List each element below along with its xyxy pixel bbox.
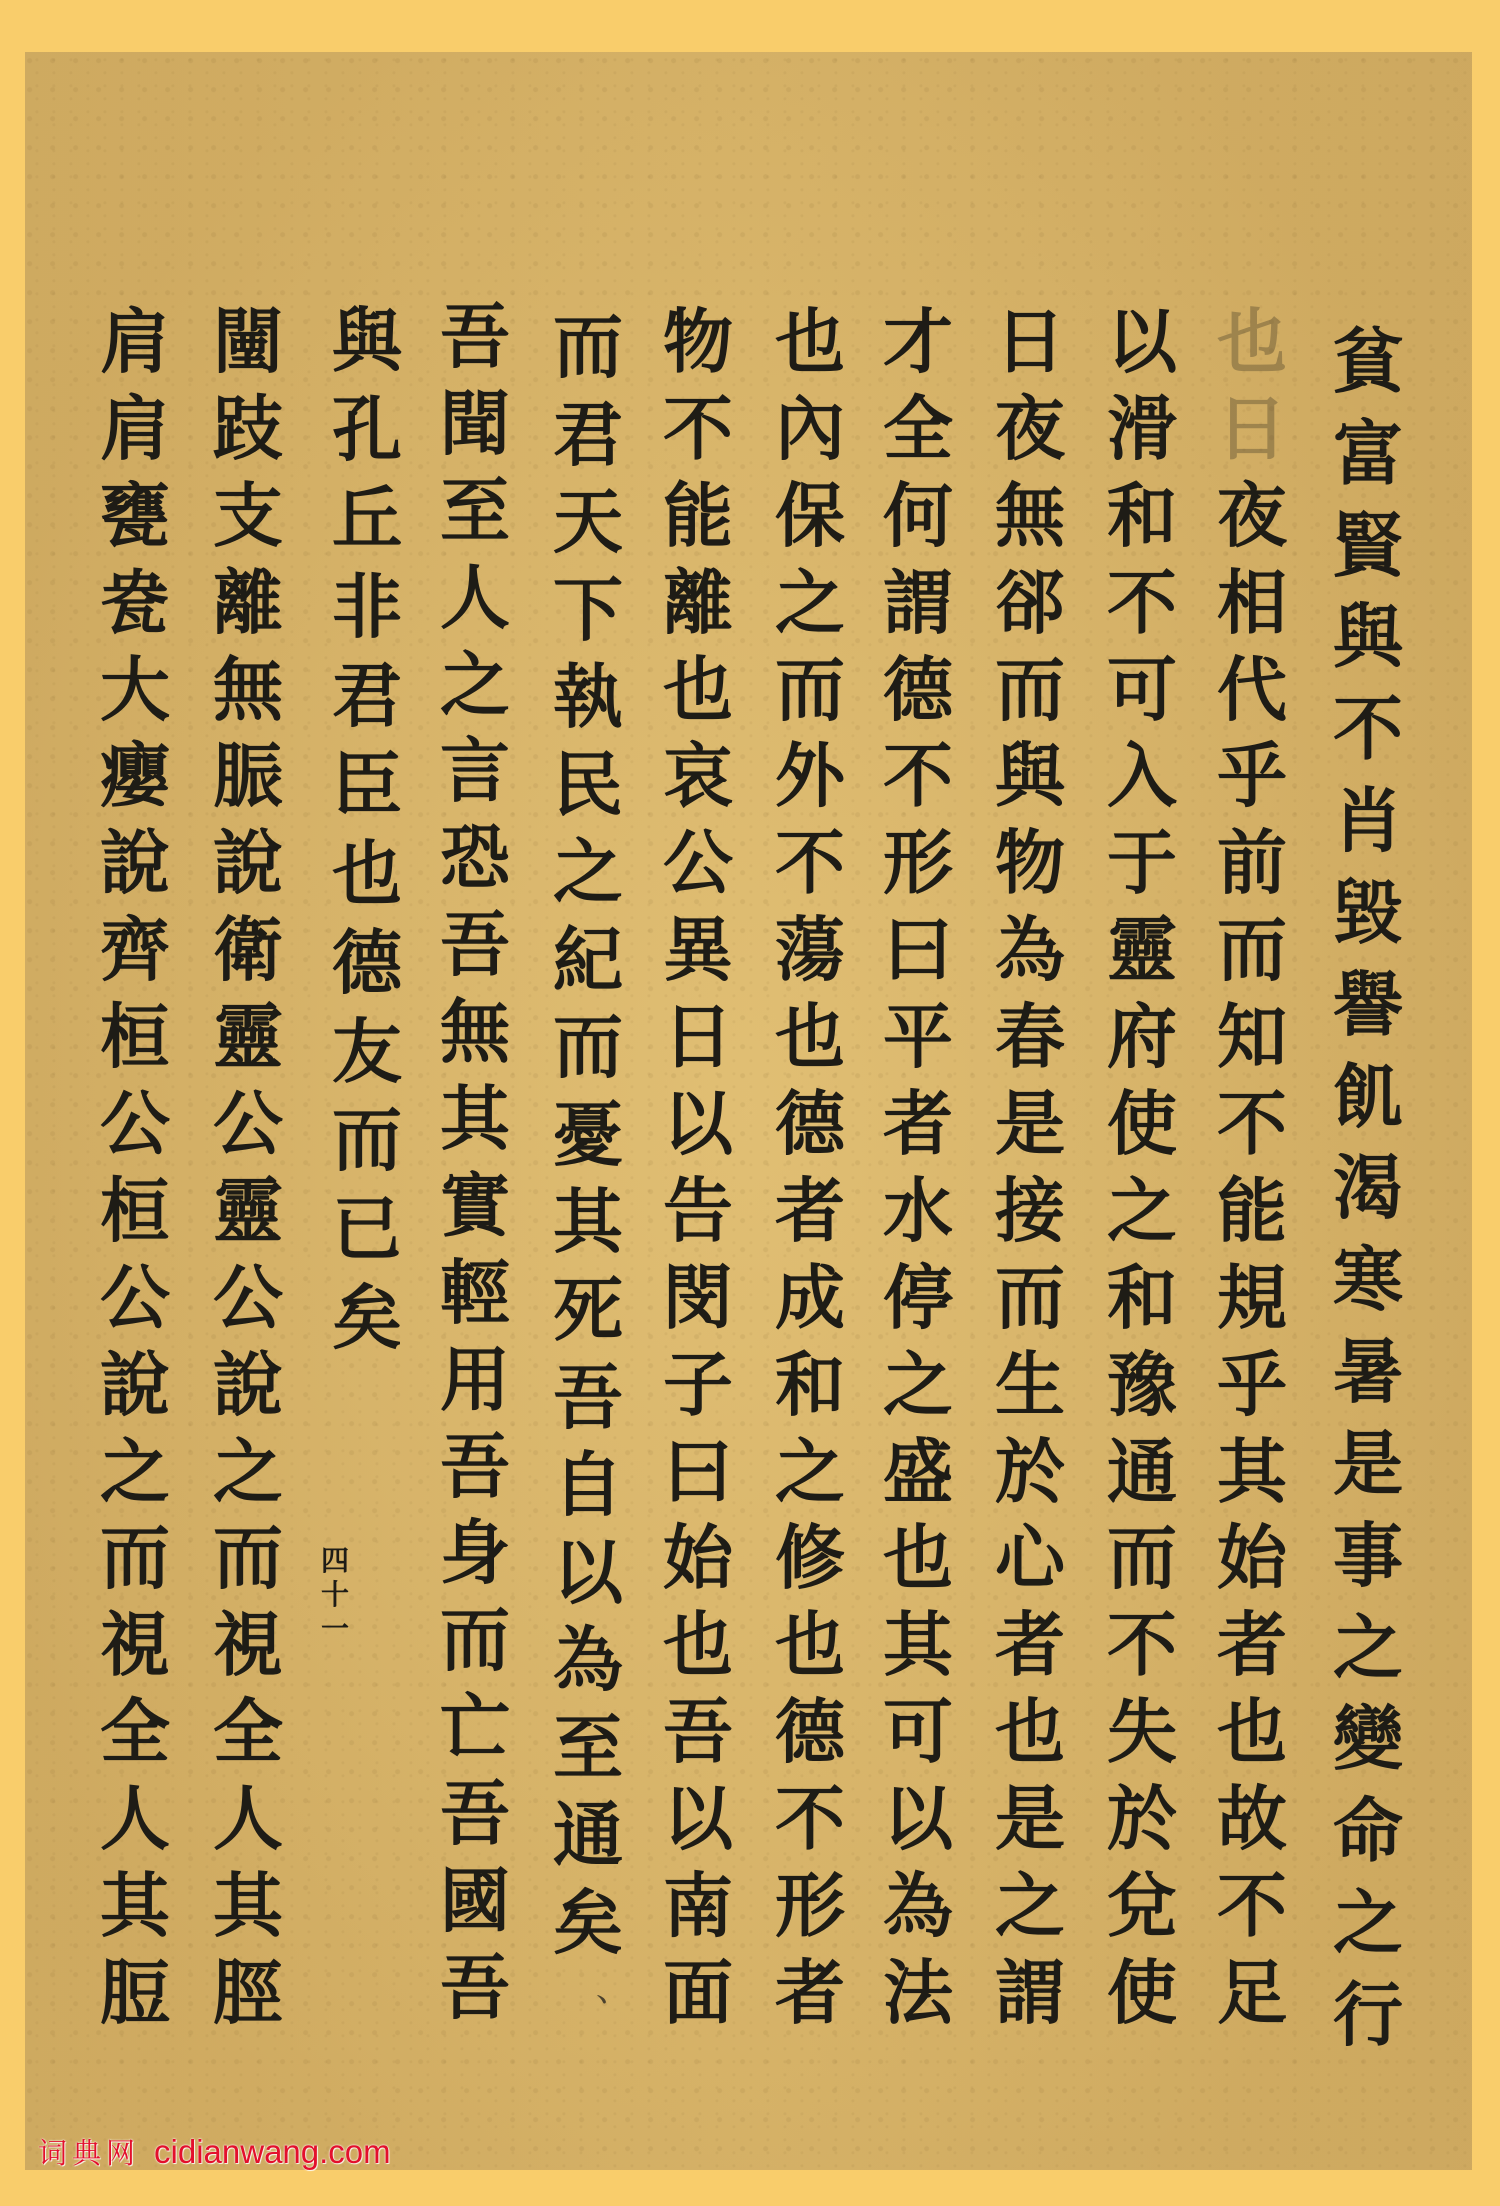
text-column-7: 物不能離也哀公異日以告閔子曰始也吾以南面 <box>653 305 743 2030</box>
glyph: 之 <box>985 1869 1075 1943</box>
glyph: 以 <box>873 1782 963 1856</box>
glyph: 賢 <box>1323 509 1413 583</box>
glyph: 而 <box>322 1103 412 1177</box>
glyph: 始 <box>1207 1521 1297 1595</box>
glyph: 公 <box>90 1261 180 1335</box>
glyph: 靈 <box>203 1174 293 1248</box>
glyph: 輕 <box>430 1256 520 1330</box>
glyph: 全 <box>203 1695 293 1769</box>
glyph: 不 <box>1323 692 1413 766</box>
glyph: 德 <box>765 1087 855 1161</box>
glyph: 以 <box>543 1536 633 1610</box>
text-column-11: 闉跂支離無脤說衛靈公靈公說之而視全人其脛 <box>203 305 293 2030</box>
glyph: 者 <box>765 1174 855 1248</box>
glyph: 視 <box>203 1608 293 1682</box>
glyph: 身 <box>430 1516 520 1590</box>
glyph: 不 <box>765 1782 855 1856</box>
glyph: 入 <box>1097 739 1187 813</box>
glyph: 之 <box>203 1435 293 1509</box>
glyph: 而 <box>543 1010 633 1084</box>
glyph: 與 <box>1323 600 1413 674</box>
glyph: 而 <box>430 1603 520 1677</box>
glyph: 而 <box>765 653 855 727</box>
glyph: 其 <box>90 1869 180 1943</box>
glyph: 物 <box>985 826 1075 900</box>
glyph: 水 <box>873 1174 963 1248</box>
glyph: 脛 <box>203 1956 293 2030</box>
glyph: 者 <box>765 1956 855 2030</box>
glyph: 執 <box>543 660 633 734</box>
glyph: 吾 <box>430 300 520 374</box>
text-column-5: 才全何謂德不形曰平者水停之盛也其可以為法 <box>873 305 963 2030</box>
glyph: 不 <box>1207 1087 1297 1161</box>
glyph: 而 <box>90 1521 180 1595</box>
glyph: 貧 <box>1323 325 1413 399</box>
glyph: 使 <box>1097 1087 1187 1161</box>
glyph: 而 <box>203 1521 293 1595</box>
glyph: 蕩 <box>765 913 855 987</box>
glyph: 吾 <box>430 1430 520 1504</box>
glyph: 下 <box>543 573 633 647</box>
glyph: 吾 <box>430 1777 520 1851</box>
glyph: 亡 <box>430 1690 520 1764</box>
glyph: 之 <box>1323 1886 1413 1960</box>
glyph: 大 <box>90 653 180 727</box>
glyph: 之 <box>430 648 520 722</box>
glyph: 物 <box>653 305 743 379</box>
glyph: 臣 <box>322 748 412 822</box>
glyph: 也 <box>1207 305 1297 379</box>
glyph: 以 <box>653 1782 743 1856</box>
glyph: 何 <box>873 479 963 553</box>
glyph: 兌 <box>1097 1869 1187 1943</box>
glyph: 君 <box>543 398 633 472</box>
glyph: 子 <box>653 1348 743 1422</box>
glyph: 寒 <box>1323 1243 1413 1317</box>
glyph: 府 <box>1097 1000 1187 1074</box>
glyph: 憂 <box>543 1098 633 1172</box>
glyph: 曰 <box>873 913 963 987</box>
text-column-6: 也內保之而外不蕩也德者成和之修也德不形者 <box>765 305 855 2030</box>
page-number: 四十一 <box>313 1546 357 1644</box>
glyph: 友 <box>322 1015 412 1089</box>
glyph: 前 <box>1207 826 1297 900</box>
glyph: 郤 <box>985 566 1075 640</box>
glyph: 吾 <box>430 908 520 982</box>
glyph: 四 <box>321 1546 349 1576</box>
glyph: 至 <box>543 1711 633 1785</box>
glyph: 吾 <box>430 1951 520 2025</box>
glyph: 公 <box>203 1087 293 1161</box>
glyph: 事 <box>1323 1519 1413 1593</box>
glyph: 通 <box>543 1798 633 1872</box>
glyph: 一 <box>321 1614 349 1644</box>
glyph: 之 <box>1323 1611 1413 1685</box>
glyph: 離 <box>653 566 743 640</box>
glyph: 也 <box>653 653 743 727</box>
glyph: 人 <box>203 1782 293 1856</box>
glyph: 乎 <box>1207 739 1297 813</box>
glyph: 暑 <box>1323 1335 1413 1409</box>
scanned-page: 貧富賢與不肖毀譽飢渴寒暑是事之變命之行 也日夜相代乎前而知不能規乎其始者也故不足… <box>0 0 1500 2206</box>
glyph: 而 <box>1207 913 1297 987</box>
watermark-site-name: 词典网 <box>38 2136 140 2170</box>
glyph: 成 <box>765 1261 855 1335</box>
glyph: 衛 <box>203 913 293 987</box>
glyph: 也 <box>765 1000 855 1074</box>
glyph: 可 <box>1097 653 1187 727</box>
glyph: 相 <box>1207 566 1297 640</box>
glyph: 之 <box>873 1348 963 1422</box>
glyph: 渴 <box>1323 1151 1413 1225</box>
glyph: 能 <box>1207 1174 1297 1248</box>
glyph: 保 <box>765 479 855 553</box>
glyph: 不 <box>1097 1608 1187 1682</box>
glyph: 靈 <box>203 1000 293 1074</box>
glyph: 其 <box>1207 1435 1297 1509</box>
glyph: 吾 <box>653 1695 743 1769</box>
glyph: 也 <box>1207 1695 1297 1769</box>
glyph: 飢 <box>1323 1060 1413 1134</box>
glyph: 毀 <box>1323 876 1413 950</box>
glyph: 以 <box>653 1087 743 1161</box>
glyph: 曰 <box>653 1435 743 1509</box>
text-column-3: 以滑和不可入于靈府使之和豫通而不失於兌使 <box>1097 305 1187 2030</box>
glyph: 為 <box>985 913 1075 987</box>
glyph: 也 <box>653 1608 743 1682</box>
glyph: 齊 <box>90 913 180 987</box>
glyph: 于 <box>1097 826 1187 900</box>
glyph: 是 <box>985 1782 1075 1856</box>
glyph: 不 <box>765 826 855 900</box>
glyph: 說 <box>90 826 180 900</box>
glyph: 不 <box>653 392 743 466</box>
glyph: 也 <box>873 1521 963 1595</box>
glyph: 其 <box>873 1608 963 1682</box>
glyph: 實 <box>430 1169 520 1243</box>
glyph: 人 <box>90 1782 180 1856</box>
glyph: 接 <box>985 1174 1075 1248</box>
glyph: 始 <box>653 1521 743 1595</box>
glyph: 矣 <box>322 1281 412 1355</box>
glyph: 人 <box>430 561 520 635</box>
glyph: 而 <box>985 653 1075 727</box>
glyph: 足 <box>1207 1956 1297 2030</box>
glyph: 異 <box>653 913 743 987</box>
glyph: 離 <box>203 566 293 640</box>
glyph: 靈 <box>1097 913 1187 987</box>
glyph: 和 <box>1097 1261 1187 1335</box>
glyph: 形 <box>873 826 963 900</box>
glyph: 矣 <box>543 1886 633 1960</box>
glyph: 肩 <box>90 392 180 466</box>
glyph: 謂 <box>985 1956 1075 2030</box>
glyph: 跂 <box>203 392 293 466</box>
glyph: 也 <box>765 1608 855 1682</box>
glyph: 德 <box>765 1695 855 1769</box>
glyph: 規 <box>1207 1261 1297 1335</box>
punctuation-mark: 、 <box>596 1962 630 2011</box>
glyph: 於 <box>1097 1782 1187 1856</box>
text-column-1: 貧富賢與不肖毀譽飢渴寒暑是事之變命之行 <box>1323 325 1413 2052</box>
glyph: 盛 <box>873 1435 963 1509</box>
glyph: 其 <box>203 1869 293 1943</box>
text-column-4: 日夜無郤而與物為春是接而生於心者也是之謂 <box>985 305 1075 2030</box>
glyph: 之 <box>1097 1174 1187 1248</box>
glyph: 內 <box>765 392 855 466</box>
glyph: 之 <box>543 835 633 909</box>
text-column-12: 肩肩甕㼜大癭說齊桓公桓公說之而視全人其脰 <box>90 305 180 2030</box>
glyph: 停 <box>873 1261 963 1335</box>
glyph: 桓 <box>90 1000 180 1074</box>
glyph: 國 <box>430 1864 520 1938</box>
glyph: 天 <box>543 485 633 559</box>
glyph: 閔 <box>653 1261 743 1335</box>
glyph: 告 <box>653 1174 743 1248</box>
glyph: 者 <box>873 1087 963 1161</box>
glyph: 至 <box>430 474 520 548</box>
glyph: 德 <box>322 926 412 1000</box>
glyph: 和 <box>1097 479 1187 553</box>
glyph: 也 <box>985 1695 1075 1769</box>
glyph: 脰 <box>90 1956 180 2030</box>
glyph: 支 <box>203 479 293 553</box>
glyph: 南 <box>653 1869 743 1943</box>
glyph: 君 <box>322 659 412 733</box>
text-column-2: 也日夜相代乎前而知不能規乎其始者也故不足 <box>1207 305 1297 2030</box>
glyph: 失 <box>1097 1695 1187 1769</box>
glyph: 是 <box>1323 1427 1413 1501</box>
glyph: 肖 <box>1323 784 1413 858</box>
glyph: 譽 <box>1323 968 1413 1042</box>
glyph: 形 <box>765 1869 855 1943</box>
glyph: 民 <box>543 748 633 822</box>
glyph: 乎 <box>1207 1348 1297 1422</box>
glyph: 說 <box>90 1348 180 1422</box>
glyph: 外 <box>765 739 855 813</box>
glyph: 命 <box>1323 1794 1413 1868</box>
glyph: 為 <box>543 1623 633 1697</box>
glyph: 聞 <box>430 387 520 461</box>
glyph: 夜 <box>1207 479 1297 553</box>
glyph: 吾 <box>543 1361 633 1435</box>
glyph: 之 <box>765 566 855 640</box>
glyph: 視 <box>90 1608 180 1682</box>
glyph: 行 <box>1323 1978 1413 2052</box>
glyph: 自 <box>543 1448 633 1522</box>
glyph: 全 <box>90 1695 180 1769</box>
glyph: 不 <box>1097 566 1187 640</box>
glyph: 脤 <box>203 739 293 813</box>
glyph: 與 <box>322 304 412 378</box>
glyph: 變 <box>1323 1702 1413 1776</box>
glyph: 甕 <box>90 479 180 553</box>
glyph: 哀 <box>653 739 743 813</box>
glyph: 平 <box>873 1000 963 1074</box>
glyph: 不 <box>873 739 963 813</box>
glyph: 癭 <box>90 739 180 813</box>
glyph: 能 <box>653 479 743 553</box>
glyph: 與 <box>985 739 1075 813</box>
glyph: 使 <box>1097 1956 1187 2030</box>
glyph: 公 <box>203 1261 293 1335</box>
text-column-9: 吾聞至人之言恐吾無其實輕用吾身而亡吾國吾 <box>430 300 520 2025</box>
glyph: 滑 <box>1097 392 1187 466</box>
glyph: 用 <box>430 1343 520 1417</box>
glyph: 德 <box>873 653 963 727</box>
glyph: 非 <box>322 570 412 644</box>
glyph: 知 <box>1207 1000 1297 1074</box>
glyph: 言 <box>430 734 520 808</box>
glyph: 之 <box>765 1435 855 1509</box>
glyph: 肩 <box>90 305 180 379</box>
glyph: 已 <box>322 1192 412 1266</box>
glyph: 面 <box>653 1956 743 2030</box>
text-column-8: 而君天下執民之紀而憂其死吾自以為至通矣 <box>543 310 633 1960</box>
glyph: 春 <box>985 1000 1075 1074</box>
glyph: 以 <box>1097 305 1187 379</box>
glyph: 才 <box>873 305 963 379</box>
glyph: 恐 <box>430 821 520 895</box>
glyph: 說 <box>203 826 293 900</box>
glyph: 和 <box>765 1348 855 1422</box>
glyph: 謂 <box>873 566 963 640</box>
glyph: 闉 <box>203 305 293 379</box>
glyph: 丘 <box>322 482 412 556</box>
glyph: 其 <box>430 1082 520 1156</box>
glyph: 說 <box>203 1348 293 1422</box>
glyph: 也 <box>322 837 412 911</box>
glyph: 日 <box>1207 392 1297 466</box>
glyph: 日 <box>653 1000 743 1074</box>
glyph: 無 <box>203 653 293 727</box>
glyph: 者 <box>985 1608 1075 1682</box>
glyph: 心 <box>985 1521 1075 1595</box>
glyph: 於 <box>985 1435 1075 1509</box>
glyph: 而 <box>985 1261 1075 1335</box>
glyph: 而 <box>1097 1521 1187 1595</box>
glyph: 修 <box>765 1521 855 1595</box>
glyph: 其 <box>543 1185 633 1259</box>
glyph: 全 <box>873 392 963 466</box>
glyph: 富 <box>1323 417 1413 491</box>
glyph: 公 <box>90 1087 180 1161</box>
glyph: 故 <box>1207 1782 1297 1856</box>
glyph: 十 <box>321 1580 349 1610</box>
glyph: 夜 <box>985 392 1075 466</box>
glyph: 豫 <box>1097 1348 1187 1422</box>
glyph: 桓 <box>90 1174 180 1248</box>
glyph: 無 <box>430 995 520 1069</box>
glyph: 法 <box>873 1956 963 2030</box>
text-column-10: 與孔丘非君臣也德友而已矣 <box>322 304 412 1355</box>
glyph: 無 <box>985 479 1075 553</box>
glyph: 㼜 <box>90 566 180 640</box>
glyph: 者 <box>1207 1608 1297 1682</box>
glyph: 代 <box>1207 653 1297 727</box>
glyph: 紀 <box>543 923 633 997</box>
glyph: 是 <box>985 1087 1075 1161</box>
watermark: 词典网cidianwang.com <box>38 2131 391 2172</box>
glyph: 之 <box>90 1435 180 1509</box>
glyph: 通 <box>1097 1435 1187 1509</box>
glyph: 生 <box>985 1348 1075 1422</box>
glyph: 可 <box>873 1695 963 1769</box>
glyph: 日 <box>985 305 1075 379</box>
watermark-domain: cidianwang.com <box>154 2133 391 2170</box>
glyph: 為 <box>873 1869 963 1943</box>
glyph: 而 <box>543 310 633 384</box>
glyph: 公 <box>653 826 743 900</box>
glyph: 也 <box>765 305 855 379</box>
glyph: 死 <box>543 1273 633 1347</box>
glyph: 不 <box>1207 1869 1297 1943</box>
glyph: 孔 <box>322 393 412 467</box>
